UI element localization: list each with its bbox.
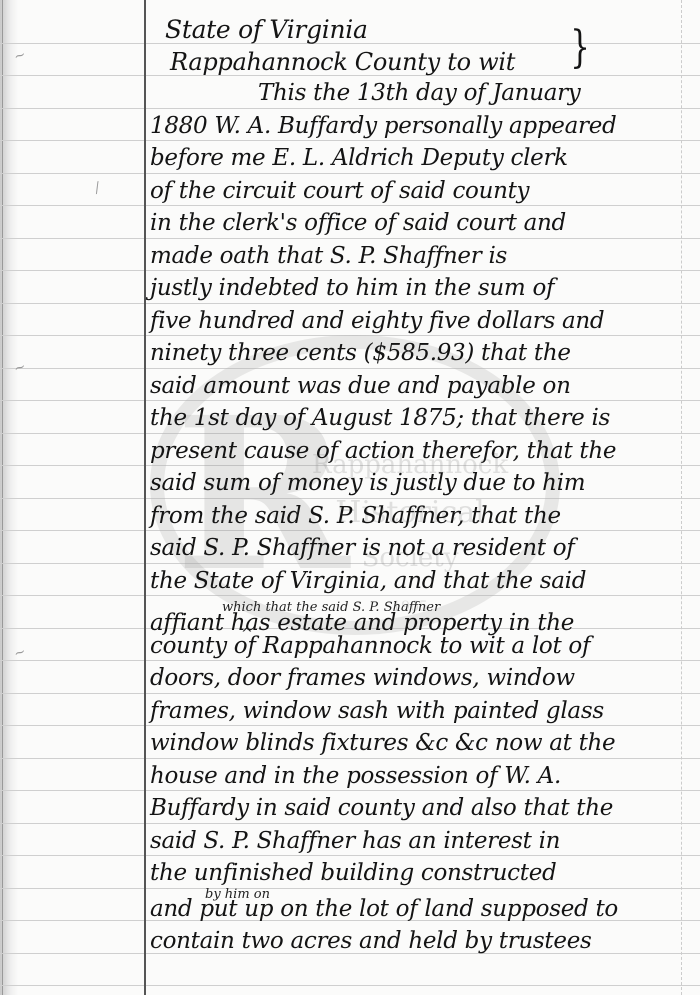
ruled-line xyxy=(0,823,700,824)
text-line: of the circuit court of said county xyxy=(150,180,529,203)
text-line: the State of Virginia, and that the said xyxy=(150,570,586,593)
text-line: present cause of action therefor, that t… xyxy=(150,440,616,463)
text-line: ninety three cents ($585.93) that the xyxy=(150,342,571,365)
ruled-line xyxy=(0,108,700,109)
text-line: and put up on the lot of land supposed t… xyxy=(150,898,618,921)
text-line: Buffardy in said county and also that th… xyxy=(150,797,613,820)
margin-mark: / xyxy=(92,180,102,197)
ruled-line xyxy=(0,238,700,239)
text-line: 1880 W. A. Buffardy personally appeared xyxy=(150,115,616,138)
ruled-line xyxy=(0,140,700,141)
text-line: said sum of money is justly due to him xyxy=(150,472,585,495)
text-line: made oath that S. P. Shaffner is xyxy=(150,245,507,268)
text-line: justly indebted to him in the sum of xyxy=(150,277,554,300)
ruled-line xyxy=(0,888,700,889)
text-line: doors, door frames windows, window xyxy=(150,667,575,690)
text-line: frames, window sash with painted glass xyxy=(150,700,604,723)
heading-brace: } xyxy=(570,26,590,70)
text-line: window blinds fixtures &c &c now at the xyxy=(150,732,615,755)
ruled-line xyxy=(0,303,700,304)
text-line: said S. P. Shaffner has an interest in xyxy=(150,830,560,853)
ruled-line xyxy=(0,693,700,694)
margin-rule xyxy=(144,0,146,995)
ruled-line xyxy=(0,985,700,986)
ruled-line xyxy=(0,270,700,271)
text-line: said amount was due and payable on xyxy=(150,375,571,398)
ruled-line xyxy=(0,855,700,856)
ruled-line xyxy=(0,725,700,726)
heading-state: State of Virginia xyxy=(165,17,368,42)
right-edge-rule xyxy=(681,0,682,995)
ruled-line xyxy=(0,758,700,759)
ruled-line xyxy=(0,205,700,206)
text-line: affiant has estate and property in the xyxy=(150,612,574,635)
text-line: five hundred and eighty five dollars and xyxy=(150,310,604,333)
ruled-line xyxy=(0,173,700,174)
ledger-page: R Rappahannock Historical Society 1965 ~… xyxy=(0,0,700,995)
text-line: from the said S. P. Shaffner, that the xyxy=(150,505,561,528)
text-line: the unfinished building constructed xyxy=(150,862,556,885)
ruled-line xyxy=(0,790,700,791)
heading-county: Rappahannock County to wit xyxy=(170,50,515,74)
text-line: the 1st day of August 1875; that there i… xyxy=(150,407,610,430)
text-line: This the 13th day of January xyxy=(258,82,581,105)
text-line: house and in the possession of W. A. xyxy=(150,765,561,788)
text-line: before me E. L. Aldrich Deputy clerk xyxy=(150,147,568,170)
ruled-line xyxy=(0,660,700,661)
text-line: in the clerk's office of said court and xyxy=(150,212,566,235)
text-line: county of Rappahannock to wit a lot of xyxy=(150,635,590,658)
text-line: contain two acres and held by trustees xyxy=(150,930,592,953)
text-line: said S. P. Shaffner is not a resident of xyxy=(150,537,574,560)
